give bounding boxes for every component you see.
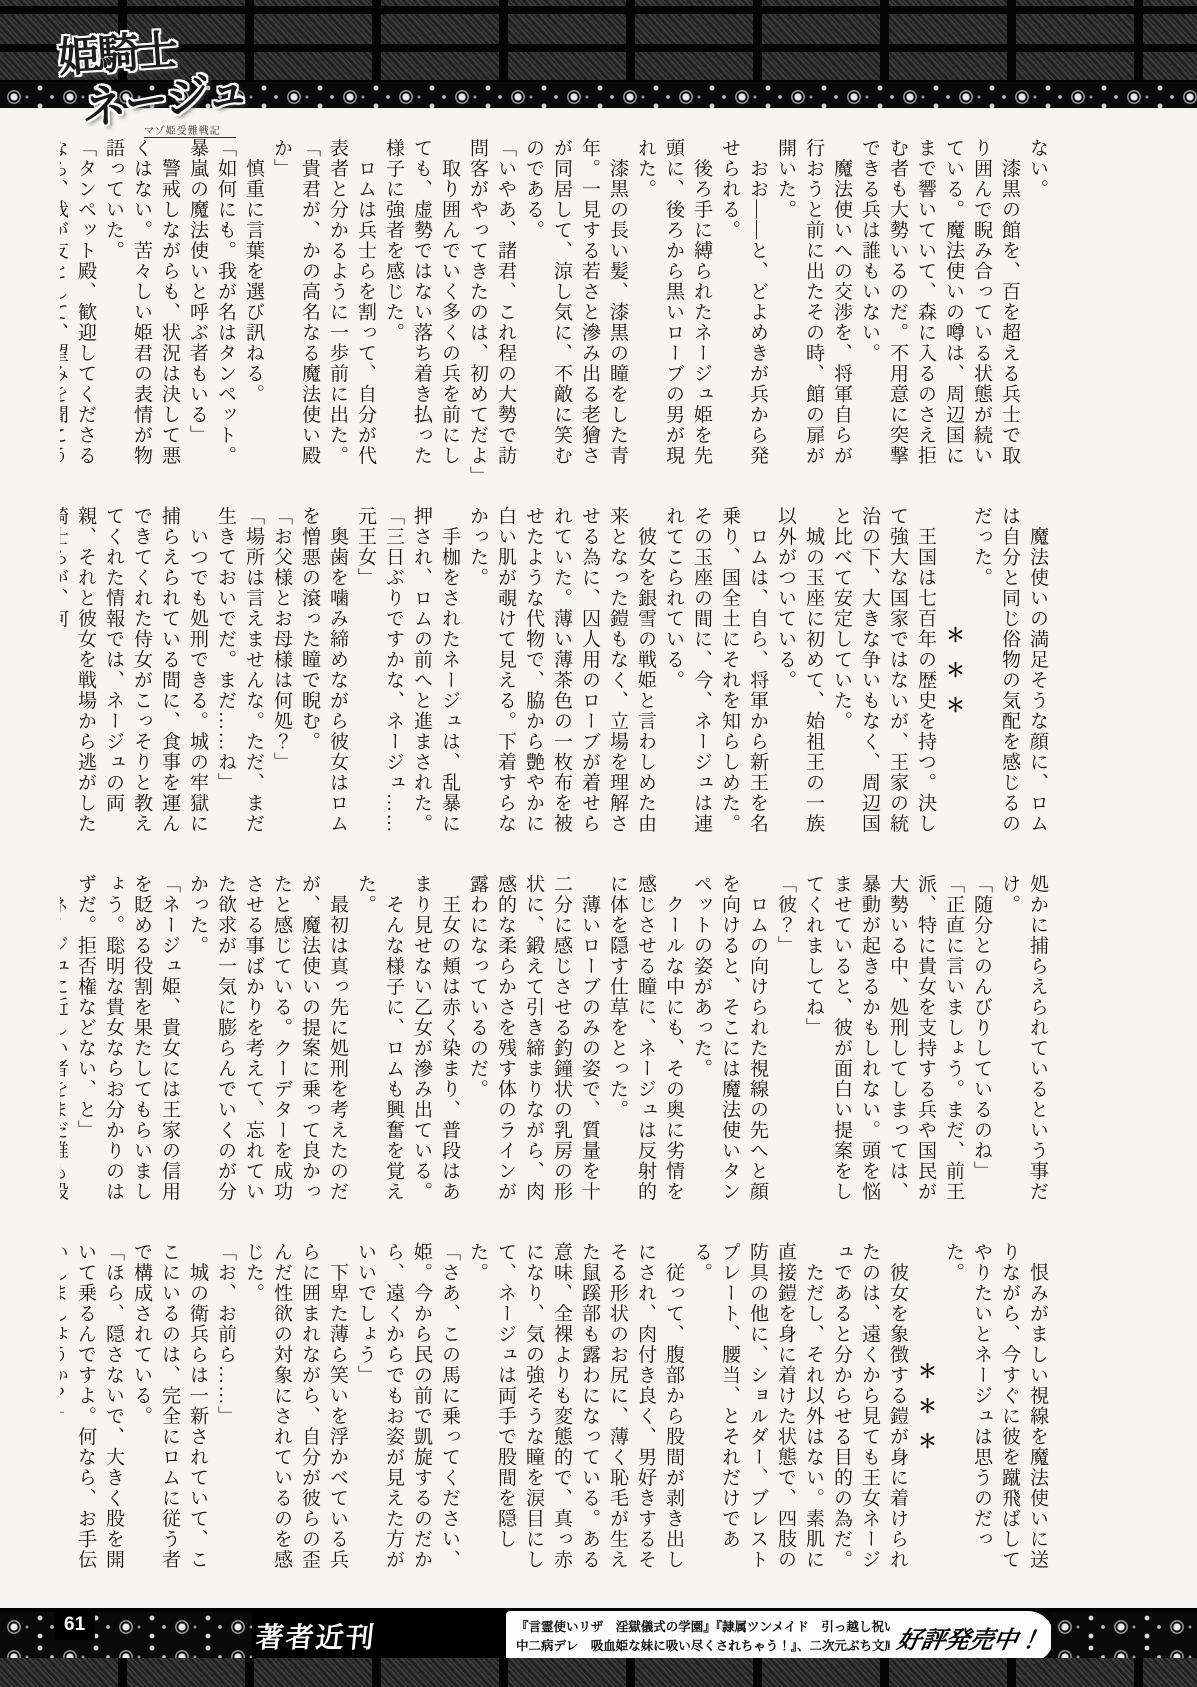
paragraph: 「ほら、隠さないで、大きく股を開いて乗るんですよ。何なら、お手伝いしましょうか？… — [60, 1242, 127, 1584]
text-band-4: 恨みがましい視線を魔法使いに送りながら、今すぐに彼を蹴飛ばしてやりたいとネージュ… — [60, 1242, 1051, 1584]
page-body: ない。 漆黒の館を、百を超える兵士で取り囲んで睨み合っている状態が続いている。魔… — [0, 108, 1197, 1608]
paragraph: 「場所は言えませんな。ただ、まだ生きておいでだ。まだ……ね」 — [211, 506, 267, 848]
recent-titles-line1: 『言霊使いリザ 淫獄儀式の学園』『隷属ツンメイド 引っ越し祝いになってあげるんだ… — [516, 1618, 890, 1637]
author-recent-works-label: 著者近刊 — [254, 1616, 378, 1656]
paragraph: 下卑た薄ら笑いを浮かべている兵らに囲まれながら、自分が彼らの歪んだ性欲の対象にさ… — [239, 1242, 351, 1584]
paragraph: 漆黒の館を、百を超える兵士で取り囲んで睨み合っている状態が続いている。魔法使いの… — [855, 138, 1023, 480]
paragraph: いつでも処刑できる。城の牢獄に捕らえられている間に、食事を運んできてくれた侍女が… — [60, 506, 211, 848]
paragraph: 王国は七百年の歴史を持つ。決して強大な国家ではないが、王家の統治の下、大きな争い… — [827, 506, 939, 848]
paragraph: 「お、お前ら……」 — [211, 1242, 239, 1584]
paragraph: そんな様子に、ロムも興奮を覚えた。 — [351, 874, 407, 1216]
paragraph: 恨みがましい視線を魔法使いに送りながら、今すぐに彼を蹴飛ばしてやりたいとネージュ… — [939, 1242, 1051, 1584]
recent-titles-box: 『言霊使いリザ 淫獄儀式の学園』『隷属ツンメイド 引っ越し祝いになってあげるんだ… — [506, 1611, 1054, 1663]
paragraph: 「貴君が、かの高名なる魔法使い殿か」 — [267, 138, 323, 480]
paragraph: 「お父様とお母様は何処？」 — [267, 506, 295, 848]
on-sale-badge: 好評発売中！ — [895, 1620, 1045, 1655]
paragraph: 「三日ぶりですかな、ネージュ……元王女」 — [351, 506, 407, 848]
paragraph: 取り囲んでいく多くの兵を前にしても、虚勢ではない落ち着き払った様子に強者を感じた… — [379, 138, 463, 480]
vertical-text-area: ない。 漆黒の館を、百を超える兵士で取り囲んで睨み合っている状態が続いている。魔… — [60, 138, 1051, 1608]
paragraph: 王女の頬は赤く染まり、普段はあまり見せない乙女が滲み出ている。 — [407, 874, 463, 1216]
paragraph: 最初は真っ先に処刑を考えたのだが、魔法使いの提案に乗って良かったと感じている。ク… — [183, 874, 351, 1216]
paragraph: 「如何にも。我が名はタンペット。暴嵐の魔法使いと呼ぶ者もいる」 — [183, 138, 239, 480]
paragraph: ロムの向けられた視線の先へと顔を向けると、そこには魔法使いタンペットの姿があった… — [687, 874, 771, 1216]
paragraph: 「タンペット殿、歓迎してくださるなら、我が友として、望みを聞こうではないか」 — [60, 138, 99, 480]
text-band-1: ない。 漆黒の館を、百を超える兵士で取り囲んで睨み合っている状態が続いている。魔… — [60, 138, 1051, 480]
paragraph: 「ネージュ姫、貴女には王家の信用を貶める役割を果たしてもらいましょう。聡明な貴女… — [71, 874, 183, 1216]
scanned-novel-page: 姫騎士 ネージュ マゾ姫受難戦記 ない。 漆黒の館を、百を超える兵士で取り囲んで… — [0, 0, 1197, 1687]
paragraph: 城の衛兵らは一新されていて、ここにいるのは、完全にロムに従う者で構成されている。 — [127, 1242, 211, 1584]
section-separator: ＊＊＊ — [911, 1242, 939, 1584]
series-logo: 姫騎士 ネージュ マゾ姫受難戦記 — [58, 18, 268, 128]
recent-titles-line2: 中二病デレ 吸血姫な妹に吸い尽くされちゃう！』、二次元ぶち文庫でも『王女さまのリ… — [516, 1637, 890, 1656]
paragraph: クールな中にも、その奥に劣情を感じさせる瞳に、ネージュは反射的に体を隠す仕草をと… — [603, 874, 687, 1216]
paragraph: 後ろ手に縛られたネージュ姫を先頭に、後ろから黒いローブの男が現れた。 — [631, 138, 715, 480]
paragraph: 「いやあ、諸君、これ程の大勢で訪問客がやってきたのは、初めてだよ」 — [463, 138, 519, 480]
paragraph: 彼女を銀雪の戦姫と言わしめた由来となった鎧もなく、立場を理解させる為に、囚人用の… — [463, 506, 659, 848]
paragraph: ない。 — [1023, 138, 1051, 480]
paragraph: ロムは兵士らを割って、自分が代表者と分かるように一歩前に出た。 — [323, 138, 379, 480]
paragraph: 魔法使いの満足そうな顔に、ロムは自分と同じ俗物の気配を感じるのだった。 — [967, 506, 1051, 848]
paragraph: 魔法使いへの交渉を、将軍自らが行おうと前に出たその時、館の扉が開いた。 — [771, 138, 855, 480]
text-band-3: 処かに捕らえられているという事だけ。「随分とのんびりしているのね」「正直に言いま… — [60, 874, 1051, 1216]
footer-ornament-left — [0, 1610, 252, 1660]
paragraph: ロムは、自ら、将軍から新王を名乗り、国全土にそれを知らしめた。その玉座の間に、今… — [659, 506, 771, 848]
section-separator: ＊＊＊ — [939, 506, 967, 848]
footer-ornament-right — [1051, 1610, 1197, 1664]
paragraph: 奥歯を噛み締めながら彼女はロムを憎悪の滾った瞳で睨む。 — [295, 506, 351, 848]
paragraph: 警戒しながらも、状況は決して悪くはない。苦々しい姫君の表情が物語っていた。 — [99, 138, 183, 480]
recent-titles-text: 『言霊使いリザ 淫獄儀式の学園』『隷属ツンメイド 引っ越し祝いになってあげるんだ… — [516, 1618, 890, 1656]
text-band-2: 魔法使いの満足そうな顔に、ロムは自分と同じ俗物の気配を感じるのだった。＊＊＊ 王… — [60, 506, 1051, 848]
paragraph: 薄いローブのみの姿で、質量を十二分に感じさせる釣鐘状の乳房の形状に、鍛えて引き締… — [463, 874, 603, 1216]
paragraph: 処かに捕らえられているという事だけ。 — [995, 874, 1051, 1216]
paragraph: 漆黒の長い髪、漆黒の瞳をした青年。一見する若さと滲み出る老獪さが同居して、涼し気… — [519, 138, 631, 480]
page-footer: 61 著者近刊 『言霊使いリザ 淫獄儀式の学園』『隷属ツンメイド 引っ越し祝いに… — [0, 1608, 1197, 1687]
paragraph: 「正直に言いましょう。まだ、前王派、特に貴女を支持する兵や国民が大勢いる中、処刑… — [799, 874, 967, 1216]
paragraph: 「彼？」 — [771, 874, 799, 1216]
paragraph: 「随分とのんびりしているのね」 — [967, 874, 995, 1216]
footer-brick-texture — [0, 1658, 1197, 1687]
paragraph: 城の玉座に初めて、始祖王の一族以外がついている。 — [771, 506, 827, 848]
paragraph: 慎重に言葉を選び訊ねる。 — [239, 138, 267, 480]
paragraph: 従って、腹部から股間が剥き出しにされ、肉付き良く、男好きするそそる形状のお尻に、… — [463, 1242, 687, 1584]
paragraph: 手枷をされたネージュは、乱暴に押され、ロムの前へと進まされた。 — [407, 506, 463, 848]
paragraph: ただし、それ以外はない。素肌に直接鎧を身に着けた状態で、四肢の防具の他に、ショル… — [687, 1242, 827, 1584]
page-number: 61 — [54, 1612, 95, 1640]
paragraph: ネージュに近しい者をまだ誰も殺していないのは、人質とする為だ。 — [60, 874, 71, 1216]
paragraph: おお――と、どよめきが兵から発せられる。 — [715, 138, 771, 480]
paragraph: 彼女を象徴する鎧が身に着けられたのは、遠くから見ても王女ネージュであると分からせ… — [827, 1242, 911, 1584]
paragraph: 「さあ、この馬に乗ってください、姫。今から民の前で凱旋するのだから、遠くからでも… — [351, 1242, 463, 1584]
